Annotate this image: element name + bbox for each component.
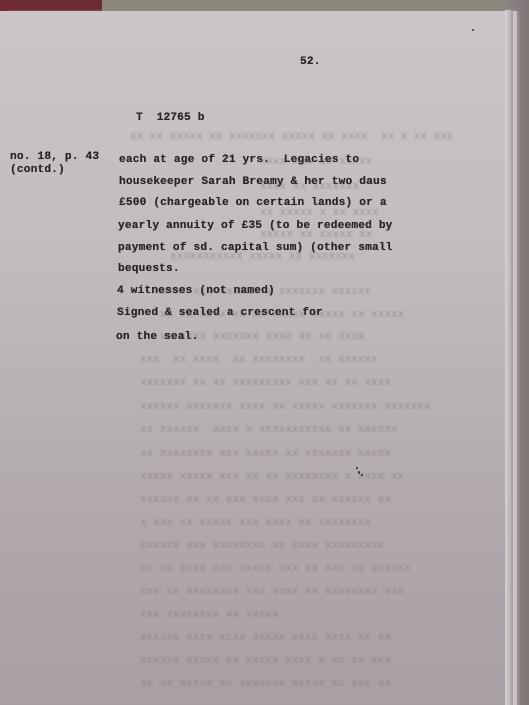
margin-note-reference: no. 18, p. 43	[10, 151, 99, 163]
body-line: payment of sd. capital sum) (other small	[118, 242, 393, 254]
body-line: housekeeper Sarah Breamy & her two daus	[119, 176, 387, 188]
page-stack-edges	[505, 10, 513, 705]
body-line: Signed & sealed a crescent for	[117, 307, 323, 319]
body-line: yearly annuity of £35 (to be redeemed by	[118, 220, 393, 232]
page-number: 52.	[300, 56, 321, 68]
body-line: bequests.	[118, 263, 180, 275]
ink-speck	[358, 471, 360, 474]
body-line: on the seal.	[116, 331, 198, 343]
body-line: each at age of 21 yrs. Legacies to	[119, 154, 359, 166]
margin-note-continued: (contd.)	[10, 164, 65, 176]
document-reference: T 12765 b	[136, 112, 205, 124]
body-line: 4 witnesses (not named)	[117, 285, 275, 297]
document-page: xxx xx x xx xxxx xx xxxxx xxxxxxx xx xxx…	[0, 11, 512, 705]
ink-speck	[361, 474, 363, 476]
body-line: £500 (chargeable on certain lands) or a	[119, 197, 387, 209]
ink-speck	[472, 29, 474, 31]
ink-speck	[356, 467, 358, 469]
